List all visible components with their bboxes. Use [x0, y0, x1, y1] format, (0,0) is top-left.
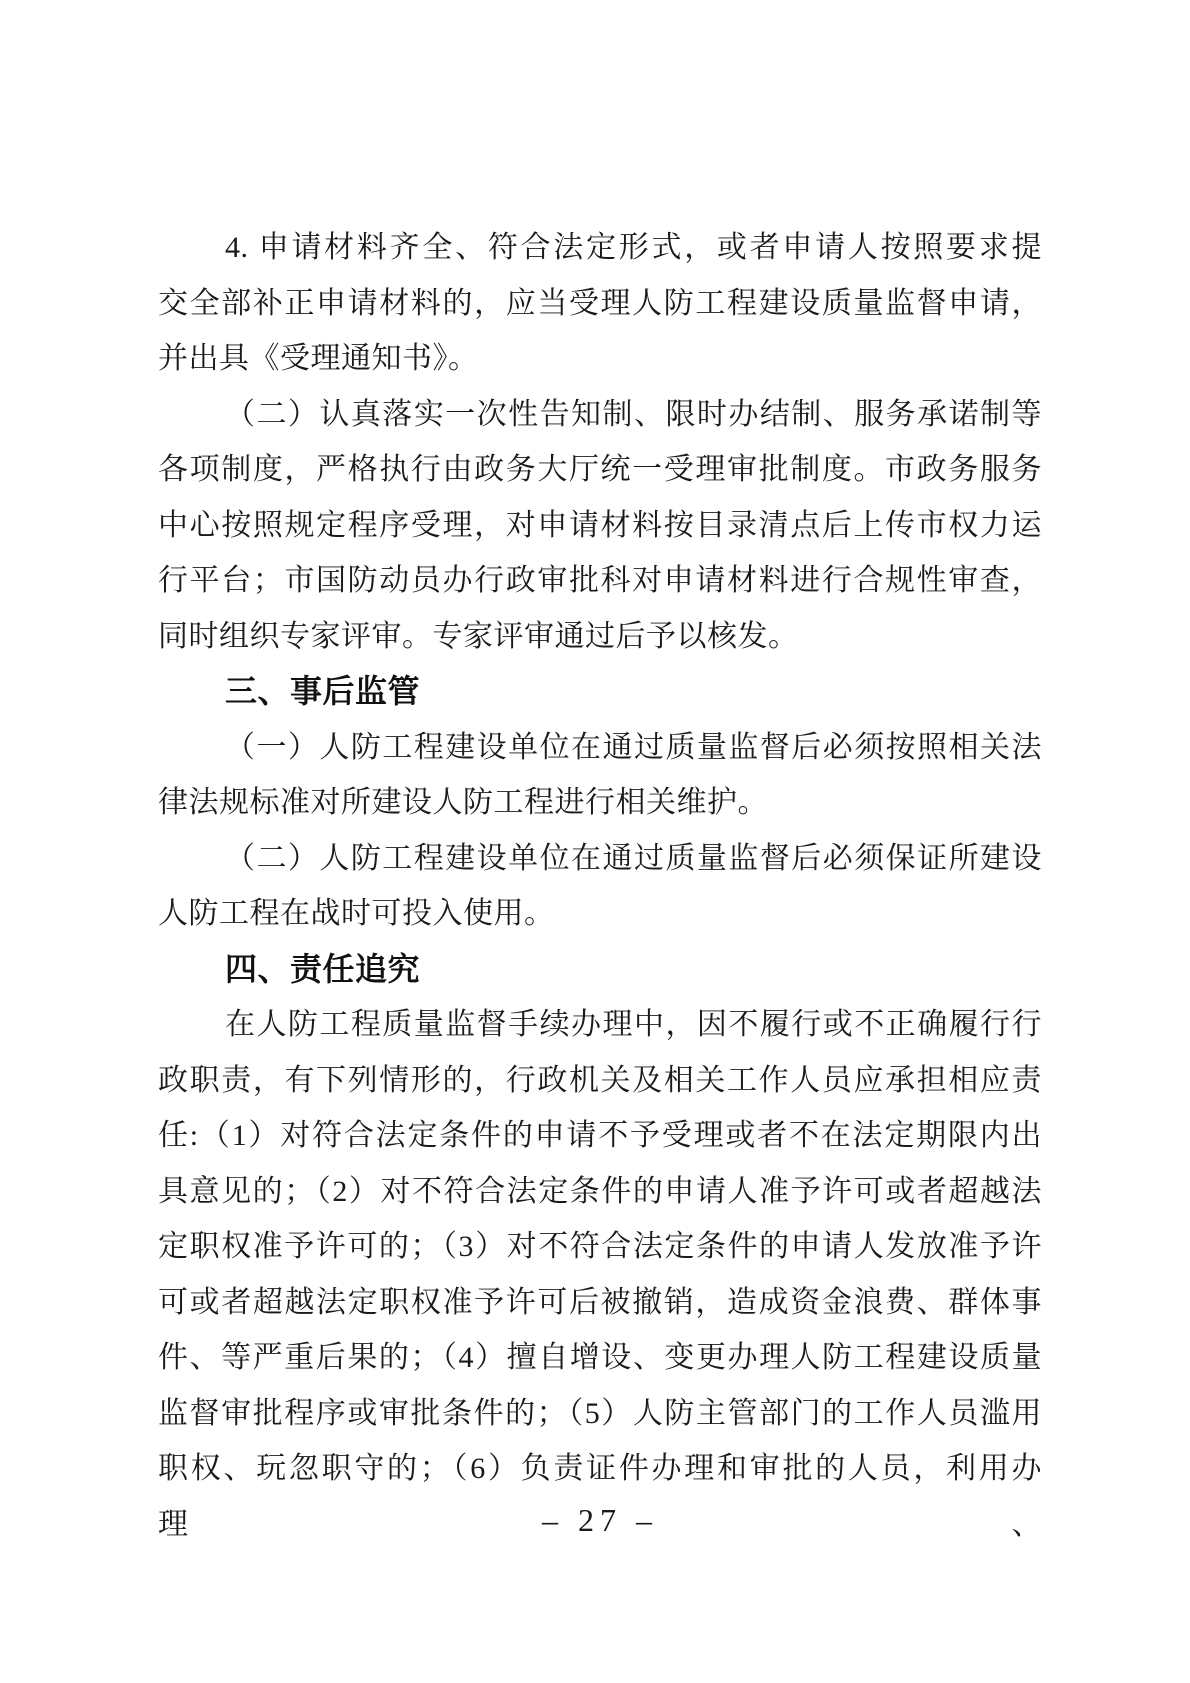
page-body: 4. 申请材料齐全、符合法定形式，或者申请人按照要求提 交全部补正申请材料的，应…	[158, 220, 1042, 1497]
text-line: （一）人防工程建设单位在通过质量监督后必须按照相关法	[158, 720, 1042, 776]
text-line: 件、等严重后果的；（4）擅自增设、变更办理人防工程建设质量	[158, 1330, 1042, 1386]
text-line: 并出具《受理通知书》。	[158, 331, 1042, 387]
section-heading-accountability: 四、责任追究	[158, 942, 1042, 998]
text-line: 各项制度，严格执行由政务大厅统一受理审批制度。市政务服务	[158, 442, 1042, 498]
text-line: 4. 申请材料齐全、符合法定形式，或者申请人按照要求提	[158, 220, 1042, 276]
page-number: – 27 –	[542, 1502, 658, 1538]
text-line: 中心按照规定程序受理，对申请材料按目录清点后上传市权力运	[158, 498, 1042, 554]
text-line: 职权、玩忽职守的；（6）负责证件办理和审批的人员，利用办理、	[158, 1441, 1042, 1497]
text-line: （二）认真落实一次性告知制、限时办结制、服务承诺制等	[158, 387, 1042, 443]
text-line: 政职责，有下列情形的，行政机关及相关工作人员应承担相应责	[158, 1053, 1042, 1109]
text-line: （二）人防工程建设单位在通过质量监督后必须保证所建设	[158, 831, 1042, 887]
text-line: 人防工程在战时可投入使用。	[158, 886, 1042, 942]
text-line: 可或者超越法定职权准予许可后被撤销，造成资金浪费、群体事	[158, 1275, 1042, 1331]
text-line: 监督审批程序或审批条件的；（5）人防主管部门的工作人员滥用	[158, 1386, 1042, 1442]
text-line: 交全部补正申请材料的，应当受理人防工程建设质量监督申请，	[158, 276, 1042, 332]
text-line: 行平台；市国防动员办行政审批科对申请材料进行合规性审查，	[158, 553, 1042, 609]
page-footer: – 27 –	[158, 1502, 1042, 1539]
section-heading-post-supervision: 三、事后监管	[158, 664, 1042, 720]
text-line: 任:（1）对符合法定条件的申请不予受理或者不在法定期限内出	[158, 1108, 1042, 1164]
text-line: 具意见的；（2）对不符合法定条件的申请人准予许可或者超越法	[158, 1164, 1042, 1220]
text-line: 在人防工程质量监督手续办理中，因不履行或不正确履行行	[158, 997, 1042, 1053]
page: 4. 申请材料齐全、符合法定形式，或者申请人按照要求提 交全部补正申请材料的，应…	[0, 0, 1190, 1683]
text-line: 定职权准予许可的；（3）对不符合法定条件的申请人发放准予许	[158, 1219, 1042, 1275]
text-line: 同时组织专家评审。专家评审通过后予以核发。	[158, 609, 1042, 665]
text-line: 律法规标准对所建设人防工程进行相关维护。	[158, 775, 1042, 831]
